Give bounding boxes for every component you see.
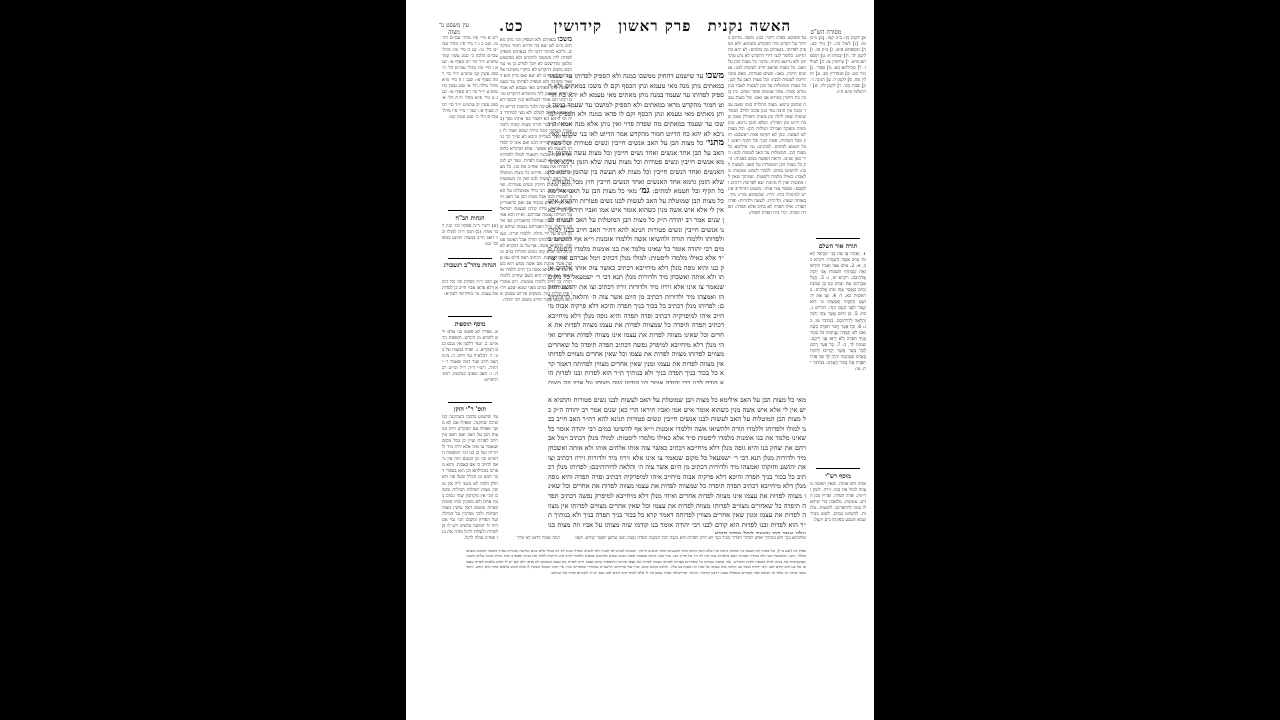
section-divider bbox=[810, 236, 866, 240]
hagahot-habach-text: (א) רש״י ד״ה פסקה וכו׳ קנין דבר אחד: (ב)… bbox=[442, 224, 498, 250]
page-header: מסורת הש"ס האשה נקנית פרק ראשון קידושין … bbox=[436, 14, 844, 36]
gemara-text-lower: מאי כל מצות הבן על האב אילימא כל מצות הב… bbox=[548, 396, 806, 534]
section-divider bbox=[810, 466, 866, 470]
tosafot-opening-word: משכו bbox=[558, 36, 572, 43]
hagahot-habach-heading: הגהות הב"ח bbox=[442, 215, 498, 222]
hagahot-ranshburg-heading: הגהות מהר"ב רנשבורג bbox=[442, 262, 498, 269]
musaf-tosafot-text: א. אפילו לא פשטו בני אדם ידם להביא מן הק… bbox=[442, 330, 498, 398]
musaf-rashi-heading: מוסף רש"י bbox=[810, 473, 866, 480]
masoret-hashas-text: א] לקמן מו: ב״ב קמו. [ב] ב״מ מז: [ג] לעי… bbox=[810, 36, 866, 232]
tractate-name: קידושין bbox=[554, 17, 602, 35]
ein-mishpat-label: עין משפט נר מצוה bbox=[436, 22, 472, 36]
hagahot-ranshburg-text: א] תוס׳ ד״ה לפדות וכו׳ וכל היכא דלא פדאו… bbox=[442, 280, 498, 310]
tosafot-text: בגאתים ולא הספיק וכו׳ נותן מאתים מ״ם לא … bbox=[500, 38, 572, 303]
mishnah-label: מתני׳ bbox=[706, 138, 724, 148]
ein-mishpat-text: רש א מיי׳ פ״ו מהל׳ עכו״ם הל׳ ט׳: שמ ב ג … bbox=[442, 36, 498, 206]
torah-or-heading: תורה אור השלם bbox=[810, 243, 866, 250]
gilyon-hashas-text: פסוק כה (שם מ״ו), וכל מצות לא תעשה בין ש… bbox=[466, 548, 806, 596]
gemara-text-continuation: מאי כל מצות הבן על האב אילימא כל מצות הב… bbox=[548, 396, 806, 534]
gemara-opening-text: עד שישמע דהחוק ממשכו במנה ולא הספיק לפדו… bbox=[548, 72, 724, 138]
gemara-opening-word: משכו bbox=[706, 72, 724, 81]
page-title: האשה נקנית פרק ראשון קידושין כט. bbox=[489, 17, 791, 36]
tosafot-rid-heading: תוס' ר"י הזקן bbox=[442, 406, 498, 413]
torah-or-text: 1. וְאַתָּה צַו אֶת בְּנֵי יִשְׂרָאֵל לֵ… bbox=[810, 252, 866, 462]
talmud-page: מסורת הש"ס האשה נקנית פרק ראשון קידושין … bbox=[406, 0, 874, 720]
footer-note-left: רמה אומר לדאן לא שייך bbox=[500, 536, 560, 544]
gemara-label: גמ׳ bbox=[639, 186, 649, 196]
section-divider bbox=[442, 256, 498, 260]
page-number: כט. bbox=[499, 17, 524, 35]
rashi-commentary: עד פיסקא. כפול: ריבוי. בגון: משכו. מדיוט… bbox=[728, 36, 806, 396]
tosafot-commentary: משכו בגאתים ולא הספיק וכו׳ נותן מאתים מ״… bbox=[500, 36, 572, 534]
section-divider bbox=[442, 314, 498, 318]
section-divider bbox=[442, 208, 498, 212]
gemara-text: מאי כל מצות הבן על האב אילימא כל מצות הב… bbox=[548, 187, 724, 384]
masoret-hashas-label: מסורת הש"ס bbox=[808, 29, 844, 36]
musaf-rashi-text: אותו ולא אותה. שאין האשה מצווה למול את ב… bbox=[810, 482, 866, 536]
gemara-text-upper: משכו עד שישמע דהחוק ממשכו במנה ולא הספיק… bbox=[548, 72, 724, 384]
chapter-name: האשה נקנית bbox=[708, 17, 792, 35]
section-divider bbox=[442, 400, 498, 404]
chapter-number: פרק ראשון bbox=[618, 17, 691, 35]
musaf-tosafot-heading: מוסף תוספות bbox=[442, 321, 498, 328]
